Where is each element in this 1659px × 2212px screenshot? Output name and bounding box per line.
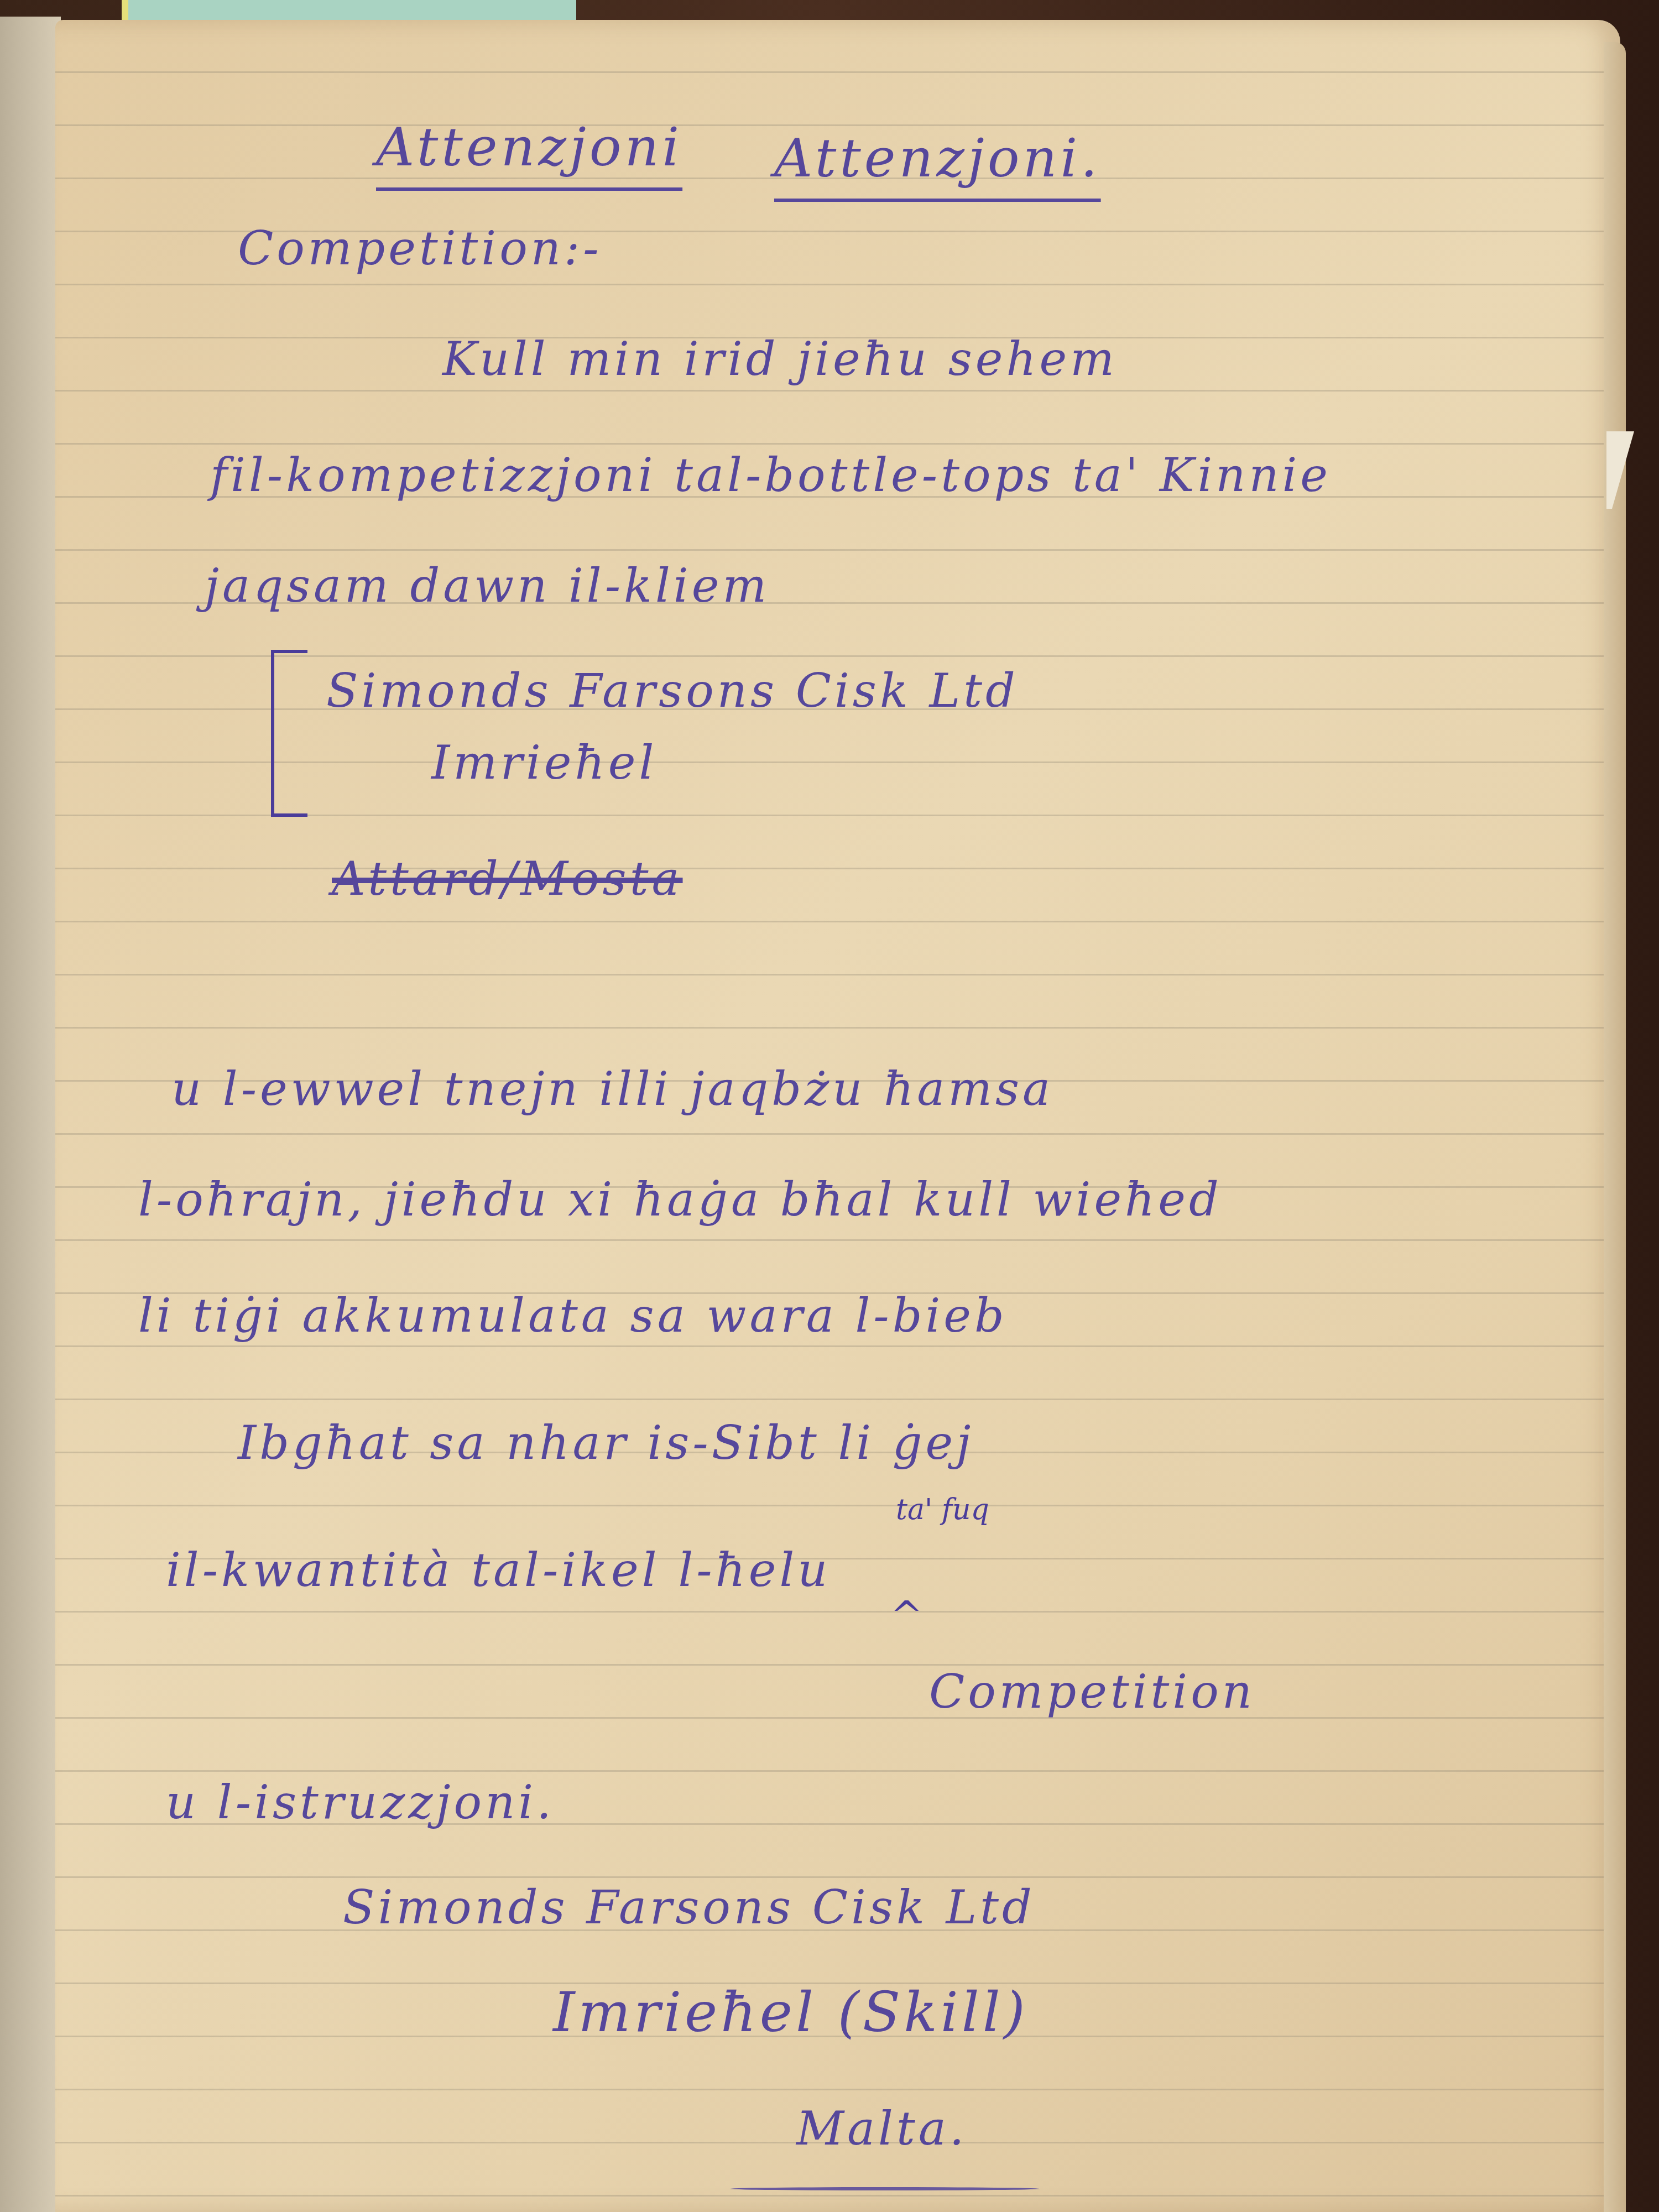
bracket-mark [271, 650, 307, 817]
paragraph1-line1: Kull min irid jieħu sehem [442, 332, 1118, 386]
paragraph2-line1: u l-ewwel tnejn illi jaqbżu ħamsa [171, 1062, 1053, 1116]
paragraph3-line2: il-kwantità tal-ikel l-ħelu [166, 1543, 831, 1597]
struck-out-word: Attard/Mosta [332, 852, 683, 906]
paragraph4: u l-istruzzjoni. [166, 1775, 555, 1829]
closing-underline [730, 2187, 1040, 2190]
heading-left: Attenzjoni [376, 116, 682, 178]
address-line2: Imrieħel (Skill) [553, 1980, 1029, 2044]
heading-right: Attenzjoni. [774, 127, 1101, 189]
subheading: Competition:- [238, 221, 602, 275]
paragraph1-line2: fil-kompetizzjoni tal-bottle-tops ta' Ki… [210, 448, 1331, 502]
paragraph2-line2: l-oħrajn, jieħdu xi ħaġa bħal kull wieħe… [138, 1172, 1222, 1227]
bracket-line2: Imrieħel [431, 735, 657, 790]
background-card [122, 0, 576, 20]
paragraph3-line1: Ibgħat sa nhar is-Sibt li ġej [238, 1416, 974, 1470]
insertion-above: ta' fuq [896, 1493, 989, 1526]
insertion-caret: ^ [890, 1593, 923, 1638]
address-line3: Malta. [796, 2101, 968, 2156]
bracket-line1: Simonds Farsons Cisk Ltd [326, 664, 1019, 718]
paragraph2-line3: li tiġi akkumulata sa wara l-bieb [138, 1288, 1008, 1343]
page-edge [1604, 42, 1626, 2212]
paragraph3-line3: Competition [929, 1665, 1255, 1719]
previous-page-edge [0, 17, 61, 2212]
address-line1: Simonds Farsons Cisk Ltd [343, 1880, 1035, 1934]
paragraph1-line3: jaqsam dawn il-kliem [205, 559, 770, 613]
